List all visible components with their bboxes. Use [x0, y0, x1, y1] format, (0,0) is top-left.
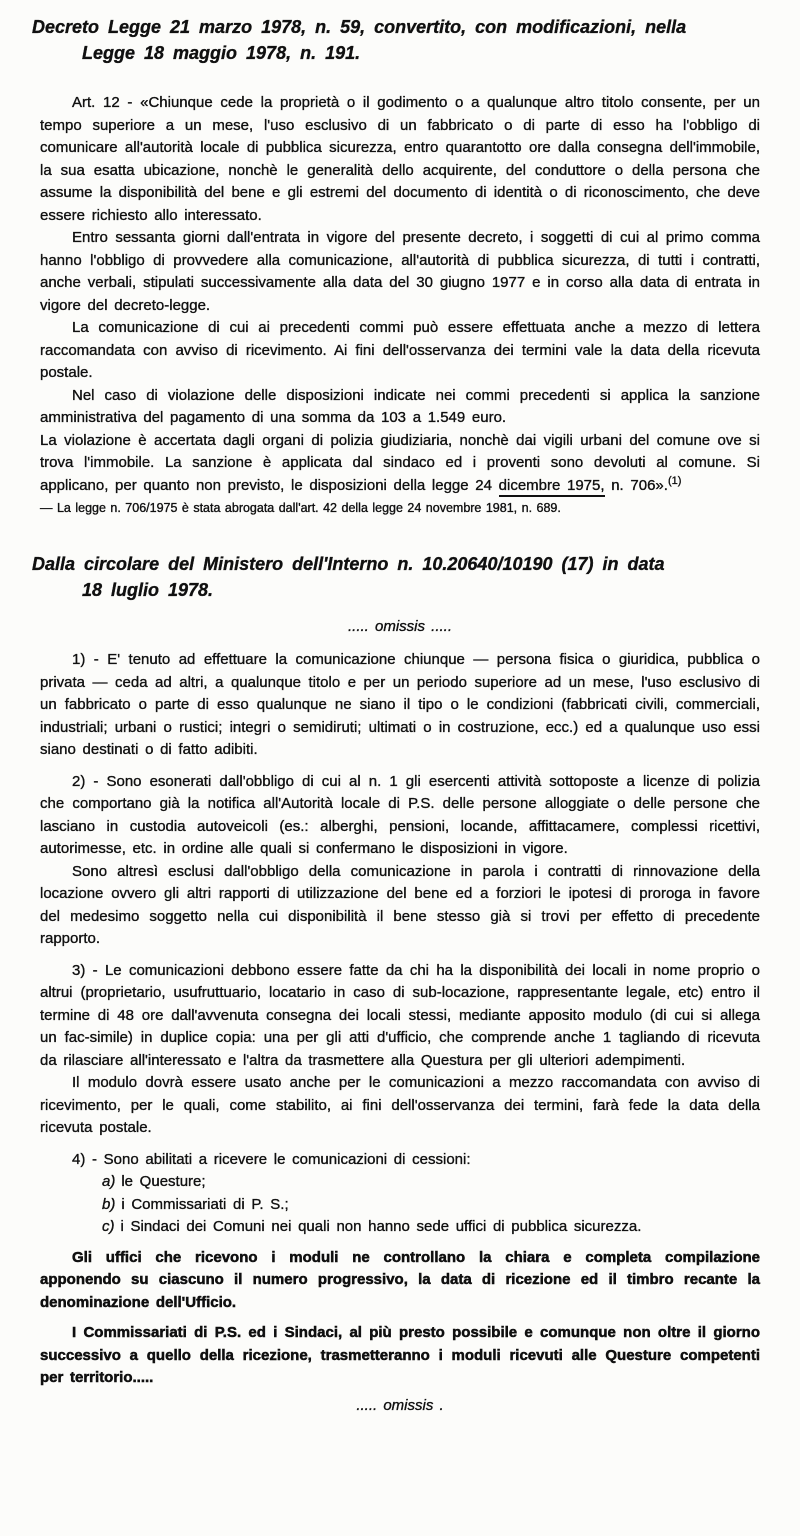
list-text-b: i Commissariati di P. S.;	[121, 1196, 288, 1213]
list-text-a: le Questure;	[121, 1173, 205, 1190]
circular-paragraph-3: 3) - Le comunicazioni debbono essere fat…	[40, 960, 760, 1073]
document-page: Decreto Legge 21 marzo 1978, n. 59, conv…	[0, 0, 800, 1536]
list-letter-c: c)	[102, 1218, 121, 1235]
circular-paragraph-2: 2) - Sono esonerati dall'obbligo di cui …	[40, 771, 760, 861]
circular-paragraph-4-intro: 4) - Sono abilitati a ricevere le comuni…	[40, 1149, 760, 1172]
decree-title: Decreto Legge 21 marzo 1978, n. 59, conv…	[32, 14, 760, 66]
decree-paragraph-sanzione: Nel caso di violazione delle disposizion…	[40, 385, 760, 430]
cession-recipients-list: a)le Questure; b)i Commissariati di P. S…	[40, 1171, 760, 1239]
footnote-reference: (1)	[668, 475, 681, 487]
circular-title-line-2: 18 luglio 1978.	[32, 577, 760, 603]
underlined-date: dicembre 1975,	[499, 477, 605, 497]
footnote: — La legge n. 706/1975 è stata abrogata …	[40, 500, 760, 517]
list-text-c: i Sindaci dei Comuni nei quali non hanno…	[121, 1218, 642, 1235]
list-item-b: b)i Commissariati di P. S.;	[40, 1194, 760, 1217]
decree-title-line-1: Decreto Legge 21 marzo 1978, n. 59, conv…	[32, 14, 760, 40]
decree-title-line-2: Legge 18 maggio 1978, n. 191.	[32, 40, 760, 66]
omissis-marker-bottom: ..... omissis .	[40, 1396, 760, 1416]
decree-paragraph-comunicazione: La comunicazione di cui ai precedenti co…	[40, 317, 760, 385]
violation-text-end: n. 706».	[605, 477, 668, 494]
circular-paragraph-1: 1) - E' tenuto ad effettuare la comunica…	[40, 649, 760, 762]
circular-title-line-1: Dalla circolare del Ministero dell'Inter…	[32, 551, 760, 577]
bold-paragraph-commissariati: I Commissariati di P.S. ed i Sindaci, al…	[40, 1322, 760, 1390]
decree-paragraph-art12: Art. 12 - «Chiunque cede la proprietà o …	[40, 92, 760, 227]
list-item-c: c)i Sindaci dei Comuni nei quali non han…	[40, 1216, 760, 1239]
circular-paragraph-2b: Sono altresì esclusi dall'obbligo della …	[40, 861, 760, 951]
list-item-a: a)le Questure;	[40, 1171, 760, 1194]
bold-paragraph-uffici: Gli uffici che ricevono i moduli ne cont…	[40, 1247, 760, 1315]
list-letter-a: a)	[102, 1173, 121, 1190]
list-letter-b: b)	[102, 1196, 121, 1213]
decree-paragraph-violazione: La violazione è accertata dagli organi d…	[40, 430, 760, 498]
circular-title: Dalla circolare del Ministero dell'Inter…	[32, 551, 760, 603]
decree-paragraph-entro-sessanta: Entro sessanta giorni dall'entrata in vi…	[40, 227, 760, 317]
omissis-marker-top: ..... omissis .....	[40, 617, 760, 637]
circular-paragraph-3b: Il modulo dovrà essere usato anche per l…	[40, 1072, 760, 1140]
